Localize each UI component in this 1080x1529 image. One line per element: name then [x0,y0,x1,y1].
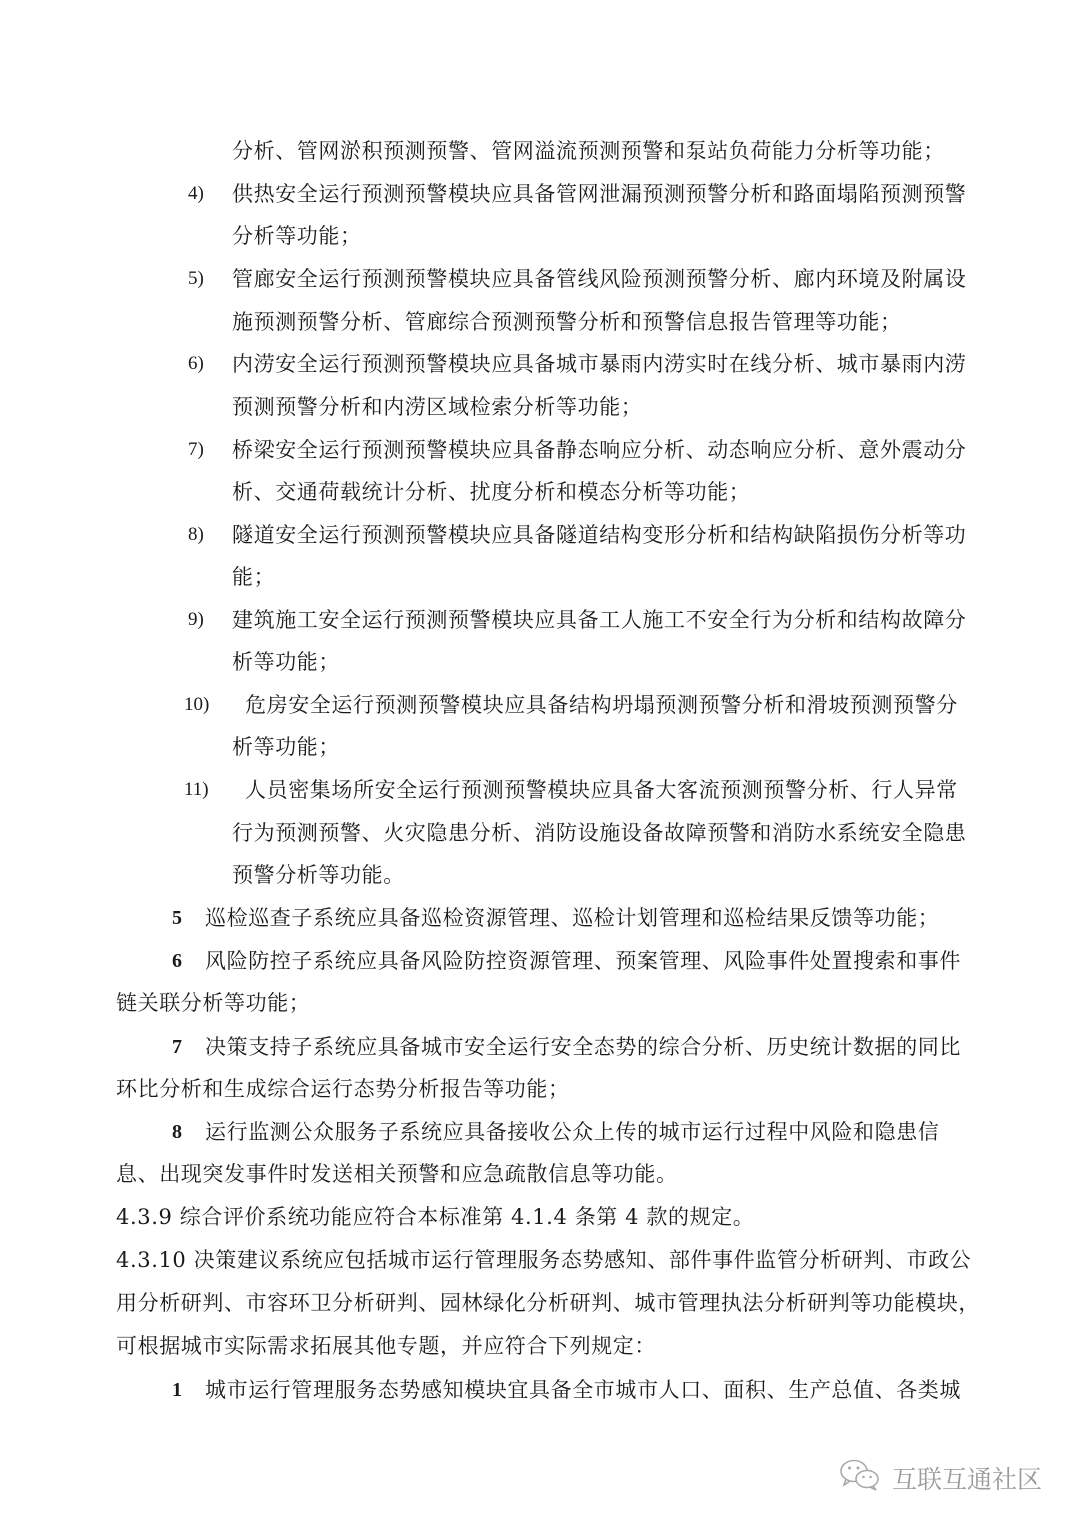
sub-item-text: 危房安全运行预测预警模块应具备结构坍塌预测预警分析和滑坡预测预警分 [245,691,958,719]
sub-item-text: 析等功能； [232,648,340,676]
sub-item-text: 能； [232,563,275,591]
clause-text: 决策支持子系统应具备城市安全运行安全态势的综合分析、历史统计数据的同比 [205,1033,961,1061]
clause-text: 息、出现突发事件时发送相关预警和应急疏散信息等功能。 [116,1160,678,1188]
clause-number: 1 [172,1376,182,1404]
sub-item-number: 9) [188,606,204,634]
wechat-icon [838,1458,892,1498]
clause-text: 链关联分析等功能； [116,989,310,1017]
sub-item-text: 供热安全运行预测预警模块应具备管网泄漏预测预警分析和路面塌陷预测预警 [232,180,966,208]
continuation-line: 分析、管网淤积预测预警、管网溢流预测预警和泵站负荷能力分析等功能； [232,137,945,165]
sub-item-text: 析、交通荷载统计分析、扰度分析和模态分析等功能； [232,478,750,506]
sub-item-number: 8) [188,521,204,549]
sub-item-number: 7) [188,436,204,464]
section-4-3-10-text: 用分析研判、市容环卫分析研判、园林绿化分析研判、城市管理执法分析研判等功能模块， [116,1289,980,1317]
clause-number: 7 [172,1033,182,1061]
sub-item-text: 隧道安全运行预测预警模块应具备隧道结构变形分析和结构缺陷损伤分析等功 [232,521,966,549]
clause-text: 城市运行管理服务态势感知模块宜具备全市城市人口、面积、生产总值、各类城 [205,1376,961,1404]
document-page: 分析、管网淤积预测预警、管网溢流预测预警和泵站负荷能力分析等功能； 4) 供热安… [0,0,1080,1529]
clause-text: 风险防控子系统应具备风险防控资源管理、预案管理、风险事件处置搜索和事件 [205,947,961,975]
clause-number: 8 [172,1118,182,1146]
sub-item-text: 析等功能； [232,733,340,761]
watermark-text: 互联互通社区 [892,1460,1042,1496]
section-4-3-9: 4.3.9 综合评价系统功能应符合本标准第 4.1.4 条第 4 款的规定。 [116,1203,754,1231]
clause-text: 巡检巡查子系统应具备巡检资源管理、巡检计划管理和巡检结果反馈等功能； [205,904,939,932]
clause-text: 运行监测公众服务子系统应具备接收公众上传的城市运行过程中风险和隐患信 [205,1118,939,1146]
watermark: 互联互通社区 [838,1458,1042,1498]
clause-text: 环比分析和生成综合运行态势分析报告等功能； [116,1075,570,1103]
sub-item-text: 行为预测预警、火灾隐患分析、消防设施设备故障预警和消防水系统安全隐患 [232,819,966,847]
clause-number: 6 [172,947,182,975]
section-4-3-10: 4.3.10 决策建议系统应包括城市运行管理服务态势感知、部件事件监管分析研判、… [116,1246,971,1274]
sub-item-text: 内涝安全运行预测预警模块应具备城市暴雨内涝实时在线分析、城市暴雨内涝 [232,350,966,378]
section-4-3-10-text: 可根据城市实际需求拓展其他专题，并应符合下列规定： [116,1332,656,1360]
sub-item-text: 管廊安全运行预测预警模块应具备管线风险预测预警分析、廊内环境及附属设 [232,265,966,293]
sub-item-text: 建筑施工安全运行预测预警模块应具备工人施工不安全行为分析和结构故障分 [232,606,966,634]
sub-item-text: 分析等功能； [232,222,362,250]
clause-number: 5 [172,904,182,932]
sub-item-text: 预警分析等功能。 [232,861,405,889]
sub-item-text: 施预测预警分析、管廊综合预测预警分析和预警信息报告管理等功能； [232,308,902,336]
sub-item-number: 5) [188,265,204,293]
sub-item-text: 人员密集场所安全运行预测预警模块应具备大客流预测预警分析、行人异常 [245,776,958,804]
sub-item-text: 桥梁安全运行预测预警模块应具备静态响应分析、动态响应分析、意外震动分 [232,436,966,464]
sub-item-number: 11) [184,776,209,804]
sub-item-number: 4) [188,180,204,208]
sub-item-text: 预测预警分析和内涝区域检索分析等功能； [232,393,642,421]
sub-item-number: 10) [184,691,209,719]
sub-item-number: 6) [188,350,204,378]
